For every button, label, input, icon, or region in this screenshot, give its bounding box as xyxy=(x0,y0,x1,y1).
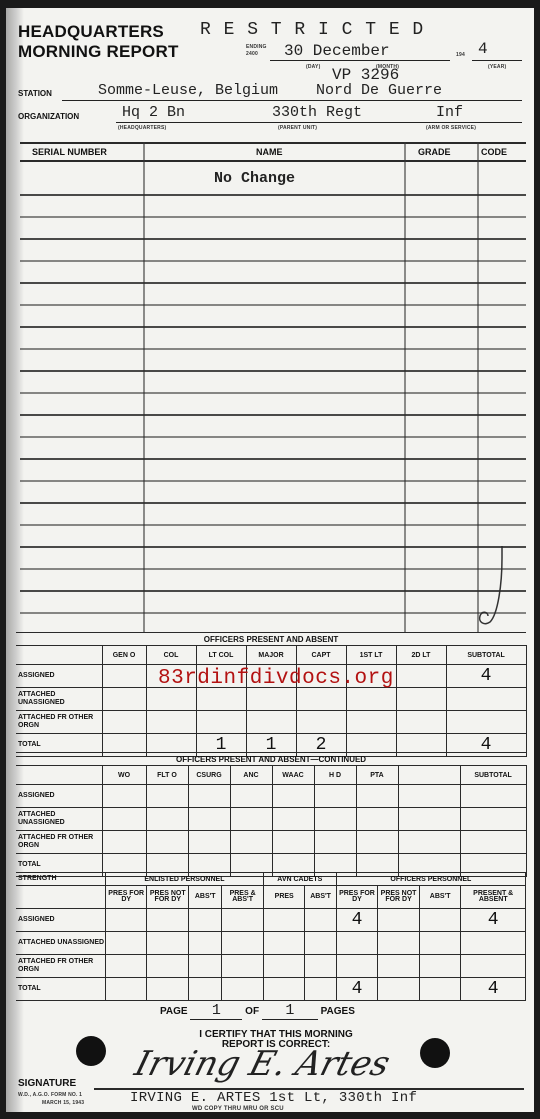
morning-report-form: HEADQUARTERS R E S T R I C T E D MORNING… xyxy=(6,8,534,1112)
roster-rule xyxy=(20,414,526,416)
classification-stamp: R E S T R I C T E D xyxy=(200,20,424,40)
officers-cell: 4 xyxy=(446,665,526,688)
strength-row: ASSIGNED44 xyxy=(16,909,526,932)
strength-col: PRES NOT FOR DY xyxy=(378,886,420,909)
col-grade: GRADE xyxy=(418,147,451,157)
handwritten-signature: Irving E. Artes xyxy=(131,1044,394,1084)
col-major: MAJOR xyxy=(246,646,296,665)
col-code: CODE xyxy=(481,147,507,157)
strength-cell xyxy=(147,955,189,978)
strength-col: PRESENT & ABSENT xyxy=(461,886,526,909)
officers-continued-cell xyxy=(356,785,398,808)
year-field: 4 xyxy=(472,40,522,61)
officers-continued-cell xyxy=(272,808,314,831)
strength-col: ABS'T xyxy=(189,886,222,909)
strength-cell xyxy=(305,932,336,955)
roster-rule xyxy=(20,326,526,328)
roster-rule xyxy=(20,194,526,196)
page-counter: PAGE 1 OF 1 PAGES xyxy=(160,1002,355,1020)
roster-entry: No Change xyxy=(214,170,295,187)
officers-continued-cell xyxy=(102,785,146,808)
roster-rule xyxy=(20,304,526,306)
date-day-month: 30 December xyxy=(284,42,390,60)
officers-continued-cell xyxy=(398,831,460,854)
station-extra: Nord De Guerre xyxy=(316,82,442,99)
officers-continued-cell xyxy=(230,785,272,808)
strength-cell xyxy=(419,909,461,932)
station-field: Somme-Leuse, Belgium Nord De Guerre xyxy=(62,82,522,101)
col-csurg: CSURG xyxy=(188,766,230,785)
binder-hole-right xyxy=(420,1038,450,1068)
form-title-headquarters: HEADQUARTERS xyxy=(18,22,164,42)
strength-cell: 4 xyxy=(461,909,526,932)
row-label: ATTACHED FR OTHER ORGN xyxy=(16,955,105,978)
strength-cell xyxy=(263,978,305,1001)
copy-note: WD COPY THRU MRU OR SCU xyxy=(192,1106,284,1112)
officers-cell xyxy=(446,711,526,734)
row-label: ATTACHED FR OTHER ORGN xyxy=(16,711,102,734)
officers-continued-table: OFFICERS PRESENT AND ABSENT—CONTINUED WO… xyxy=(16,752,527,877)
col-gen-o: GEN O xyxy=(102,646,146,665)
officers-cell xyxy=(146,711,196,734)
strength-cell xyxy=(147,978,189,1001)
row-label: ASSIGNED xyxy=(16,665,102,688)
col-pta: PTA xyxy=(356,766,398,785)
officers-continued-cell xyxy=(146,785,188,808)
officers-continued-cell xyxy=(460,831,526,854)
officers-cell xyxy=(102,711,146,734)
officers-cell xyxy=(346,711,396,734)
roster-rule xyxy=(20,370,526,372)
strength-cell xyxy=(263,932,305,955)
strength-cell xyxy=(189,932,222,955)
strength-cell xyxy=(189,955,222,978)
strength-table: STRENGTH ENLISTED PERSONNEL AVN CADETS O… xyxy=(16,872,526,1001)
signer-typed-name: IRVING E. ARTES 1st Lt, 330th Inf xyxy=(130,1090,417,1106)
strength-col: ABS'T xyxy=(305,886,336,909)
strength-cell xyxy=(419,978,461,1001)
row-label: ATTACHED FR OTHER ORGN xyxy=(16,831,102,854)
col-blank xyxy=(398,766,460,785)
officers-continued-cell xyxy=(102,808,146,831)
col-hd: H D xyxy=(314,766,356,785)
officers-continued-cell xyxy=(102,831,146,854)
roster-rule xyxy=(20,568,526,570)
officers-continued-cell xyxy=(314,808,356,831)
roster-rule xyxy=(20,458,526,460)
officers-continued-title: OFFICERS PRESENT AND ABSENT—CONTINUED xyxy=(16,753,526,766)
ending-time: 2400 xyxy=(246,51,258,57)
strength-row: TOTAL44 xyxy=(16,978,526,1001)
date-field: 30 December xyxy=(270,40,450,61)
station-value: Somme-Leuse, Belgium xyxy=(98,82,278,99)
strength-col: PRES FOR DY xyxy=(105,886,147,909)
officers-continued-cell xyxy=(398,785,460,808)
col-name: NAME xyxy=(256,147,283,157)
col-col: COL xyxy=(146,646,196,665)
day-caption: (DAY) xyxy=(306,64,320,70)
col-subtotal-cont: SUBTOTAL xyxy=(460,766,526,785)
year-digit: 4 xyxy=(478,40,488,58)
officers-cell xyxy=(196,711,246,734)
page-label: PAGE xyxy=(160,1006,188,1017)
binder-hole-left xyxy=(76,1036,106,1066)
form-id: W.D., A.G.O. FORM NO. 1 xyxy=(18,1092,82,1098)
officers-cell xyxy=(146,688,196,711)
row-label: ATTACHED UNASSIGNED xyxy=(16,808,102,831)
strength-cell xyxy=(222,909,264,932)
roster-rule xyxy=(20,590,526,592)
roster-rule xyxy=(20,216,526,218)
roster-rule xyxy=(20,546,526,548)
strength-row: ATTACHED FR OTHER ORGN xyxy=(16,955,526,978)
strength-cell xyxy=(378,909,420,932)
page-number: 1 xyxy=(190,1002,242,1020)
roster-rule xyxy=(20,260,526,262)
watermark: 83rdinfdivdocs.org xyxy=(158,667,394,690)
page-total: 1 xyxy=(262,1002,318,1020)
strength-cell xyxy=(189,978,222,1001)
row-label: ASSIGNED xyxy=(16,909,105,932)
col-anc: ANC xyxy=(230,766,272,785)
strength-sub-corner xyxy=(16,886,105,909)
strength-cell xyxy=(222,955,264,978)
officers-corner xyxy=(16,646,102,665)
officers-continued-cell xyxy=(230,831,272,854)
roster-rule xyxy=(20,524,526,526)
strength-cell xyxy=(222,932,264,955)
signature-label: SIGNATURE xyxy=(18,1078,76,1089)
org-unit-caption: (HEADQUARTERS) xyxy=(118,125,166,131)
strength-cell xyxy=(105,932,147,955)
form-title-morning-report: MORNING REPORT xyxy=(18,42,179,62)
org-parent: 330th Regt xyxy=(272,104,362,121)
strength-cell xyxy=(222,978,264,1001)
officers-continued-corner xyxy=(16,766,102,785)
officers-continued-cell xyxy=(398,808,460,831)
strength-cell xyxy=(263,955,305,978)
officers-continued-cell xyxy=(356,831,398,854)
officers-cell xyxy=(246,688,296,711)
strength-corner: STRENGTH xyxy=(16,873,105,886)
strength-cell xyxy=(336,955,378,978)
officers-continued-row: ATTACHED FR OTHER ORGN xyxy=(16,831,526,854)
strength-col: PRES xyxy=(263,886,305,909)
officers-continued-cell xyxy=(146,831,188,854)
strength-cell: 4 xyxy=(336,909,378,932)
officers-cell xyxy=(396,688,446,711)
strength-cell xyxy=(147,932,189,955)
officers-continued-cell xyxy=(460,785,526,808)
strength-cell xyxy=(105,955,147,978)
officers-row: ATTACHED UNASSIGNED xyxy=(16,688,526,711)
officers-cell xyxy=(296,688,346,711)
col-serial-number: SERIAL NUMBER xyxy=(32,147,107,157)
officers-table-title: OFFICERS PRESENT AND ABSENT xyxy=(16,633,526,646)
officers-continued-cell xyxy=(314,785,356,808)
officers-continued-cell xyxy=(146,808,188,831)
officers-continued-cell xyxy=(188,831,230,854)
col-flt-o: FLT O xyxy=(146,766,188,785)
organization-label: ORGANIZATION xyxy=(18,112,79,121)
roster-rule xyxy=(20,238,526,240)
strength-col: PRES & ABS'T xyxy=(222,886,264,909)
col-lt-col: LT COL xyxy=(196,646,246,665)
strength-cell: 4 xyxy=(461,978,526,1001)
officers-cell xyxy=(446,688,526,711)
roster-rule xyxy=(20,436,526,438)
organization-field: Hq 2 Bn 330th Regt Inf xyxy=(116,104,522,123)
row-label: TOTAL xyxy=(16,978,105,1001)
strength-row: ATTACHED UNASSIGNED xyxy=(16,932,526,955)
strength-col: PRES FOR DY xyxy=(336,886,378,909)
strength-cell xyxy=(378,978,420,1001)
roster-rule xyxy=(20,348,526,350)
strength-cell xyxy=(105,978,147,1001)
roster-top-rule xyxy=(20,142,526,144)
officers-continued-cell xyxy=(314,831,356,854)
col-waac: WAAC xyxy=(272,766,314,785)
pages-label: PAGES xyxy=(321,1006,355,1017)
row-label: ATTACHED UNASSIGNED xyxy=(16,932,105,955)
officers-cell xyxy=(246,711,296,734)
strength-cell xyxy=(461,932,526,955)
strength-cell xyxy=(461,955,526,978)
officers-cell xyxy=(296,711,346,734)
col-subtotal: SUBTOTAL xyxy=(446,646,526,665)
officers-cell xyxy=(196,688,246,711)
roster-rule xyxy=(20,480,526,482)
officers-continued-row: ASSIGNED xyxy=(16,785,526,808)
officers-cell xyxy=(346,688,396,711)
row-label: ATTACHED UNASSIGNED xyxy=(16,688,102,711)
row-label: ASSIGNED xyxy=(16,785,102,808)
org-parent-caption: (PARENT UNIT) xyxy=(278,125,317,131)
col-capt: CAPT xyxy=(296,646,346,665)
ending-label: ENDING xyxy=(246,44,267,50)
strength-cell xyxy=(105,909,147,932)
officers-continued-cell xyxy=(272,831,314,854)
officers-table: OFFICERS PRESENT AND ABSENT GEN O COL LT… xyxy=(16,632,527,757)
station-label: STATION xyxy=(18,89,52,98)
of-label: OF xyxy=(245,1006,259,1017)
org-arm: Inf xyxy=(436,104,463,121)
col-2d-lt: 2D LT xyxy=(396,646,446,665)
strength-cell xyxy=(336,932,378,955)
officers-cell xyxy=(396,665,446,688)
strength-cell: 4 xyxy=(336,978,378,1001)
strength-cell xyxy=(189,909,222,932)
roster-rule xyxy=(20,612,526,614)
officers-row: ATTACHED FR OTHER ORGN xyxy=(16,711,526,734)
strength-cell xyxy=(263,909,305,932)
roster-rule xyxy=(20,282,526,284)
form-date: MARCH 15, 1943 xyxy=(42,1100,84,1106)
group-avn-cadets: AVN CADETS xyxy=(263,873,336,886)
strength-col: PRES NOT FOR DY xyxy=(147,886,189,909)
group-officers: OFFICERS PERSONNEL xyxy=(336,873,525,886)
officers-continued-cell xyxy=(188,785,230,808)
officers-cell xyxy=(396,711,446,734)
group-enlisted: ENLISTED PERSONNEL xyxy=(105,873,263,886)
strength-cell xyxy=(147,909,189,932)
col-1st-lt: 1ST LT xyxy=(346,646,396,665)
officers-continued-cell xyxy=(460,808,526,831)
strength-cell xyxy=(305,978,336,1001)
officers-cell xyxy=(102,688,146,711)
strength-cell xyxy=(378,955,420,978)
officers-continued-cell xyxy=(188,808,230,831)
officers-cell xyxy=(102,665,146,688)
year-caption: (YEAR) xyxy=(488,64,506,70)
year-prefix: 194 xyxy=(456,52,465,58)
strength-cell xyxy=(419,932,461,955)
roster-rule xyxy=(20,502,526,504)
strength-cell xyxy=(419,955,461,978)
strength-col: ABS'T xyxy=(419,886,461,909)
org-unit: Hq 2 Bn xyxy=(122,104,185,121)
officers-continued-cell xyxy=(356,808,398,831)
strength-cell xyxy=(378,932,420,955)
officers-continued-cell xyxy=(230,808,272,831)
officers-continued-row: ATTACHED UNASSIGNED xyxy=(16,808,526,831)
strength-cell xyxy=(305,955,336,978)
roster-header-rule xyxy=(20,160,526,162)
col-wo: WO xyxy=(102,766,146,785)
roster-rule xyxy=(20,392,526,394)
officers-continued-cell xyxy=(272,785,314,808)
strength-cell xyxy=(305,909,336,932)
org-arm-caption: (ARM OR SERVICE) xyxy=(426,125,476,131)
